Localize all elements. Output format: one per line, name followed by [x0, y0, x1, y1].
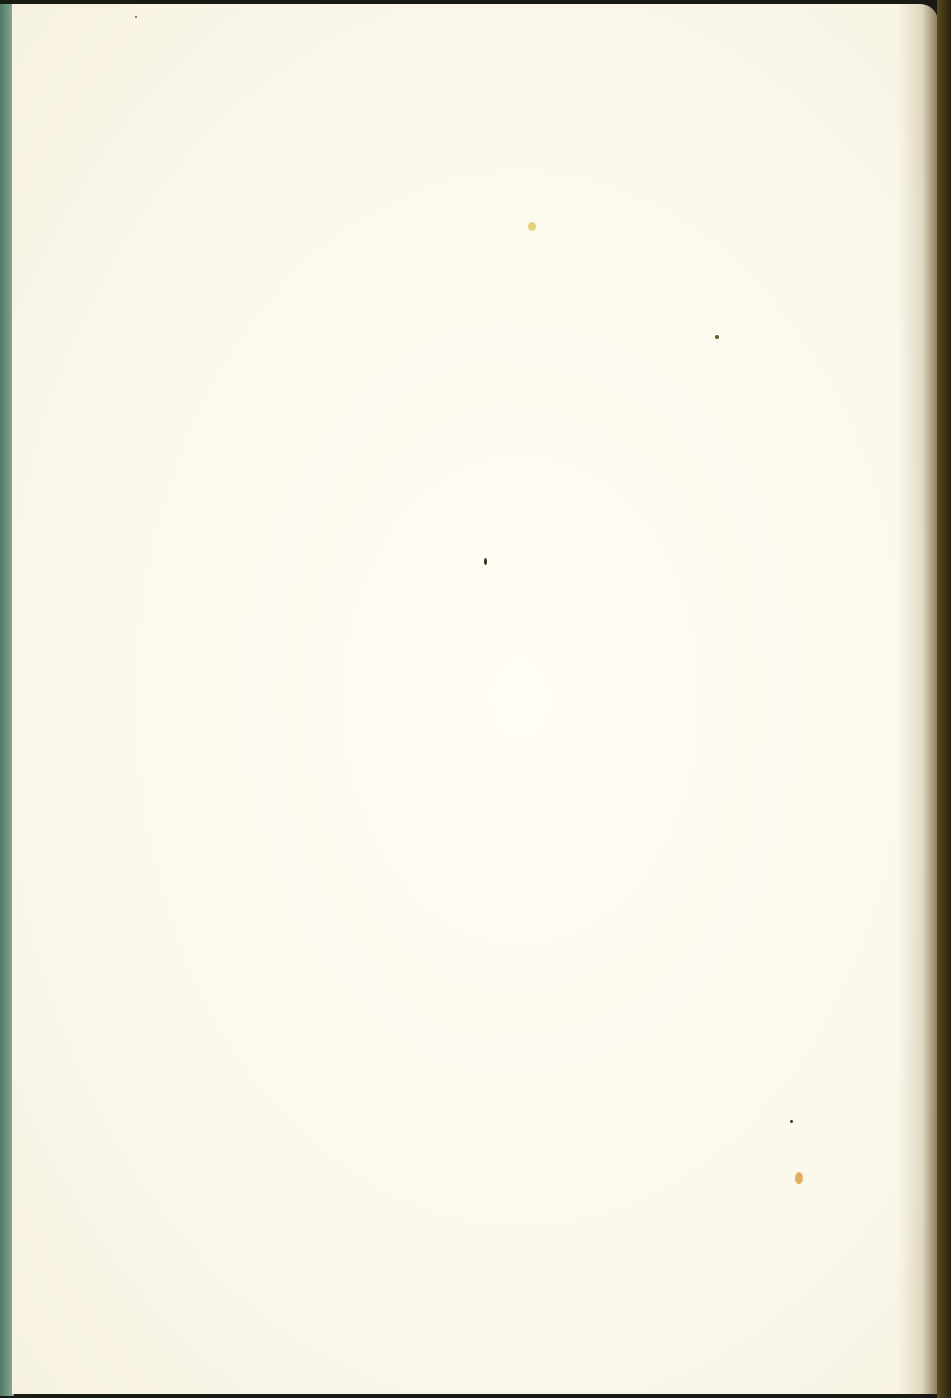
- paper-speck: [795, 1172, 803, 1184]
- page-edge: [937, 0, 951, 1398]
- paper-speck: [790, 1120, 793, 1123]
- paper-speck: [484, 558, 487, 565]
- paper-speck: [528, 222, 536, 231]
- paper-speck: [715, 335, 719, 339]
- blank-page: [12, 4, 938, 1394]
- scanned-page: [0, 0, 951, 1398]
- paper-speck: [135, 16, 137, 18]
